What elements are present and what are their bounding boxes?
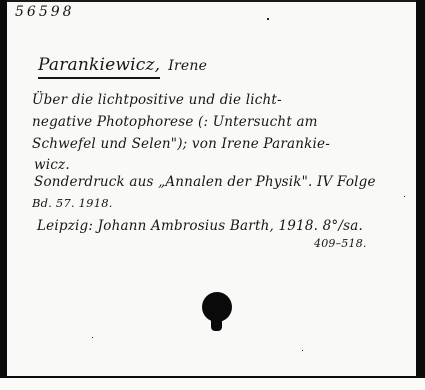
title-line-3: Schwefel und Selen"); von Irene Parankie… bbox=[32, 136, 330, 152]
scan-speck bbox=[267, 18, 269, 20]
volume-line: Bd. 57. 1918. bbox=[32, 196, 113, 210]
scan-speck bbox=[92, 337, 93, 338]
offprint-line: Sonderdruck aus „Annalen der Physik". IV… bbox=[34, 174, 376, 190]
author-given-name: Irene bbox=[168, 58, 207, 74]
title-line-4: wicz. bbox=[34, 157, 70, 173]
author-heading: Parankiewicz,Irene bbox=[38, 55, 207, 79]
title-line-1: Über die lichtpositive und die licht- bbox=[32, 92, 282, 108]
scan-background bbox=[0, 378, 425, 390]
imprint-line: Leipzig: Johann Ambrosius Barth, 1918. 8… bbox=[37, 218, 363, 234]
author-surname: Parankiewicz, bbox=[38, 55, 160, 79]
scan-speck bbox=[302, 350, 303, 351]
title-line-2: negative Photophorese (: Untersucht am bbox=[32, 114, 318, 130]
punch-hole-slot bbox=[211, 317, 222, 331]
scan-speck bbox=[404, 196, 405, 197]
pagination-line: 409–518. bbox=[314, 237, 367, 250]
call-number: 56598 bbox=[15, 4, 75, 20]
